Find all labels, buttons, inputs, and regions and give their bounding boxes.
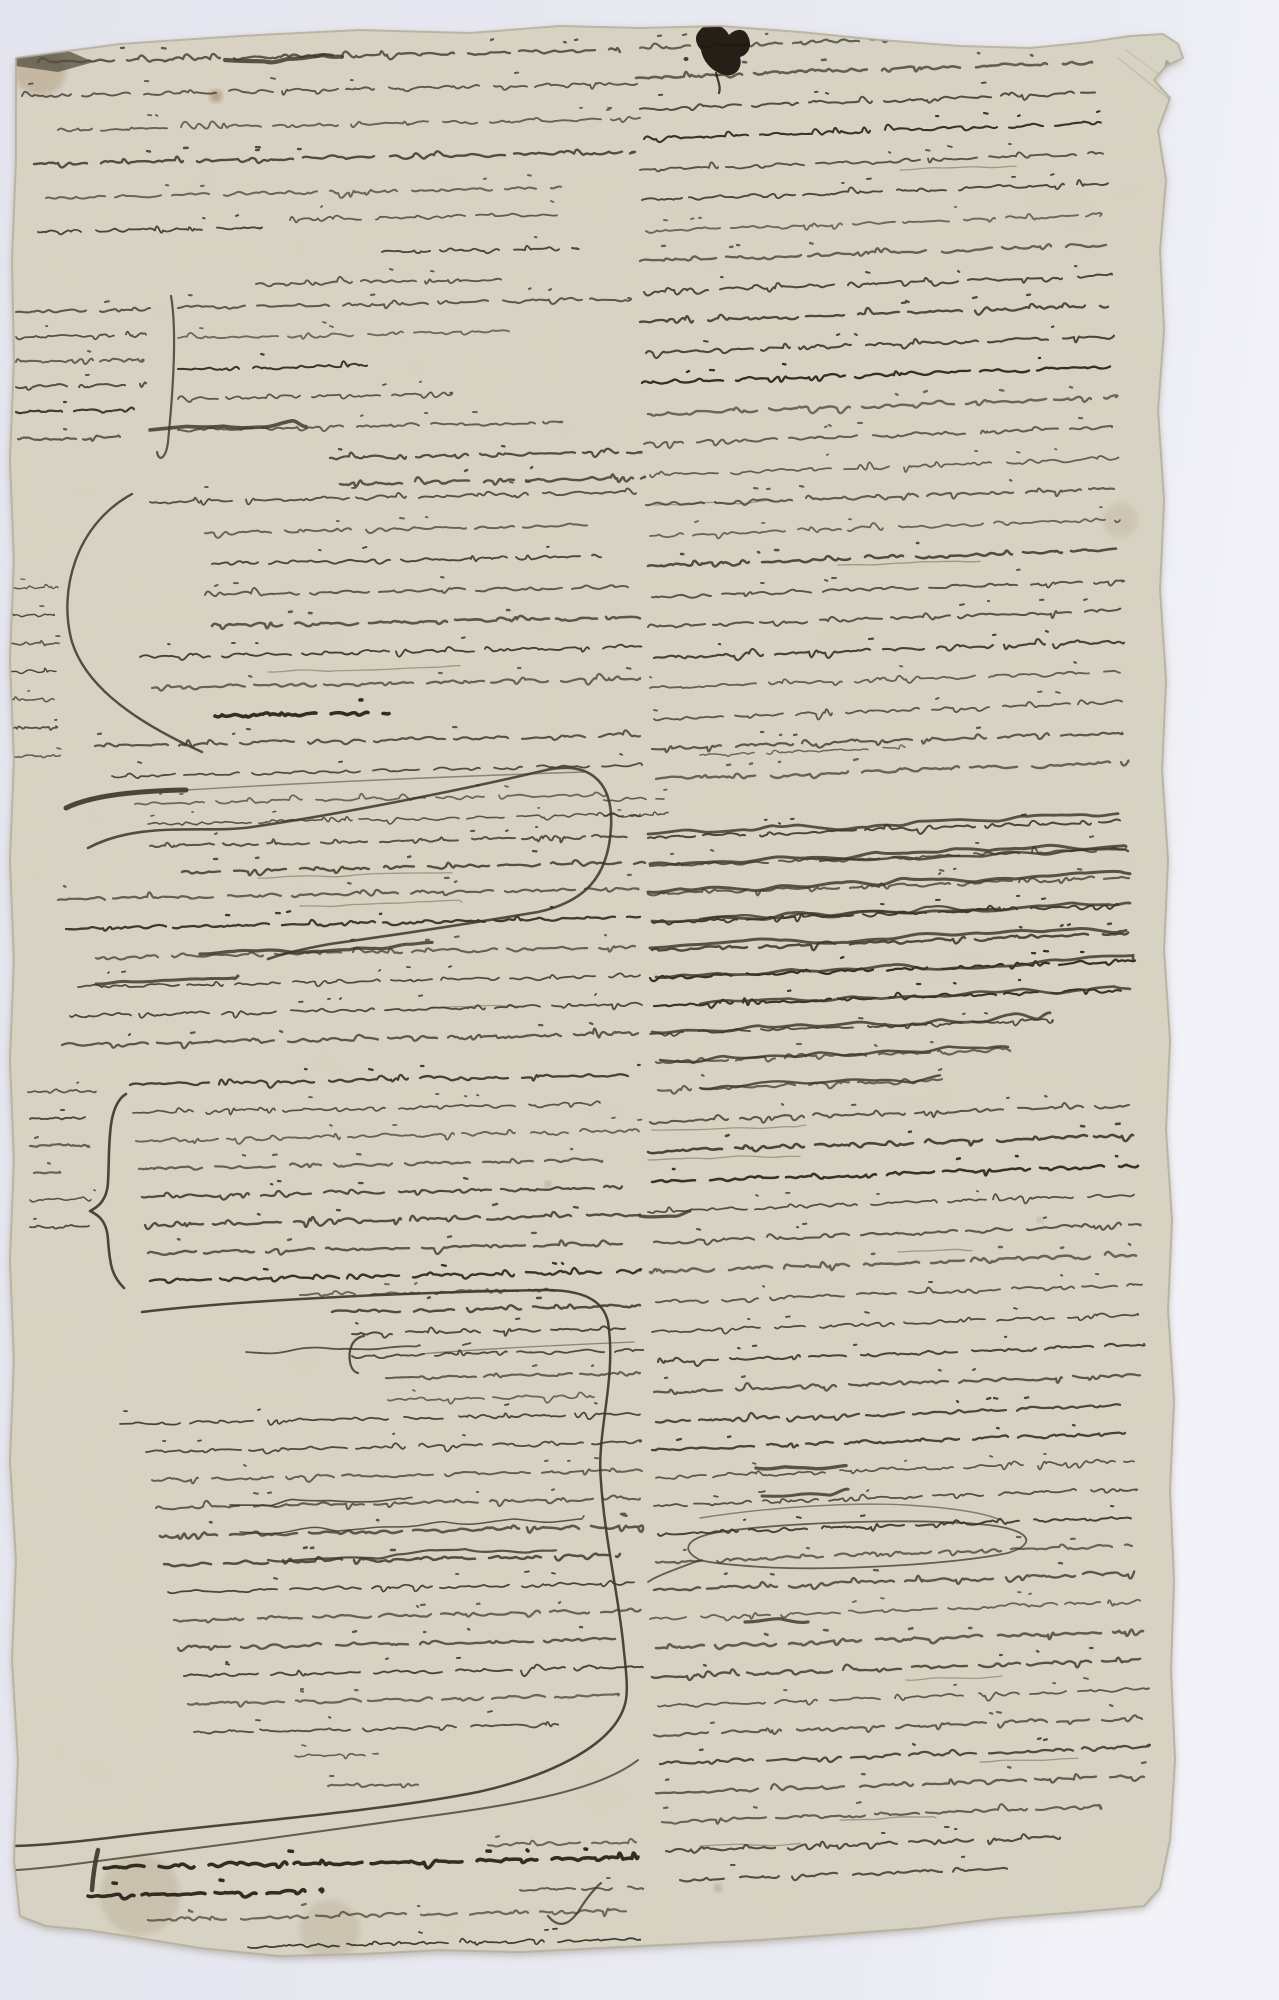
paper-grain [0, 0, 1279, 2000]
manuscript-scan: 24 [0, 0, 1279, 2000]
